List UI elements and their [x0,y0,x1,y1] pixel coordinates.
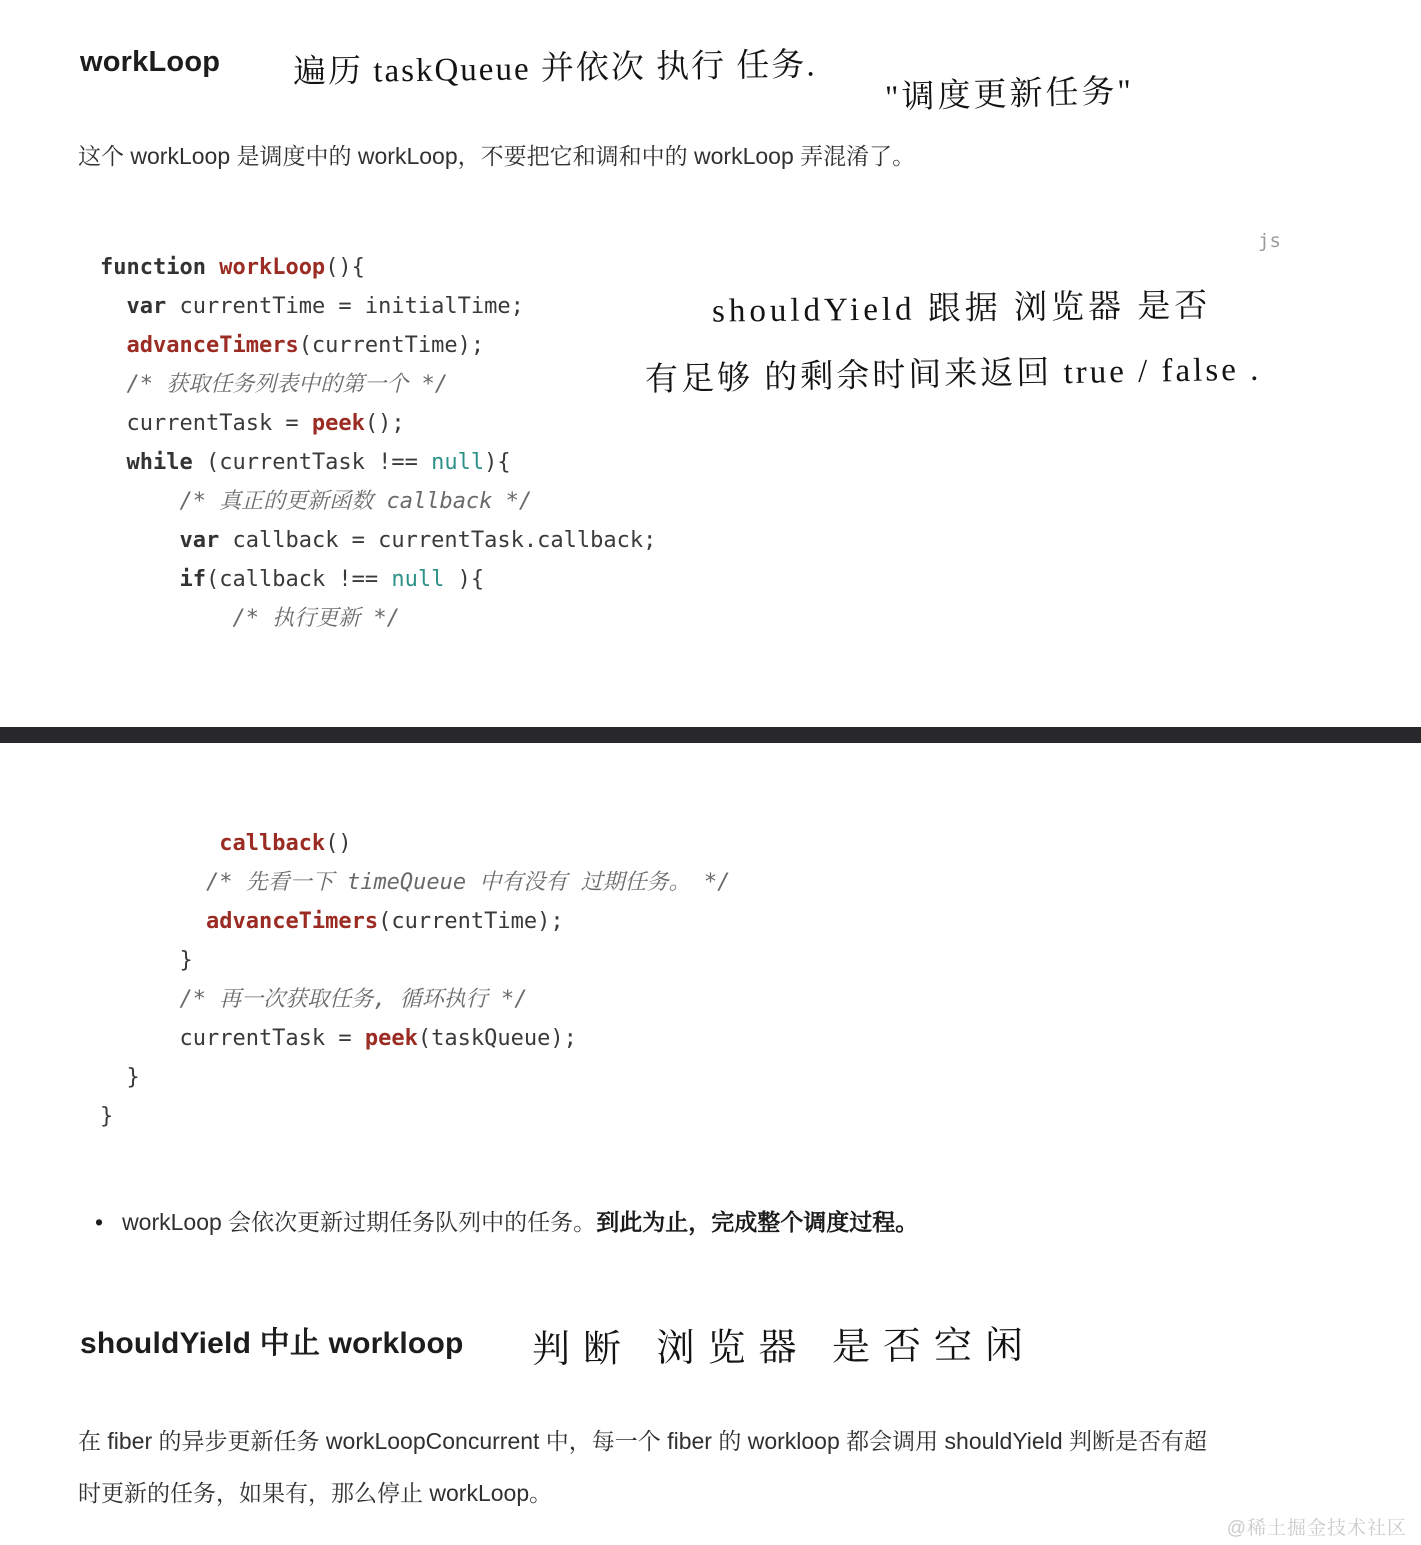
code-line: if(callback !== null ){ [100,560,656,599]
code-line: while (currentTask !== null){ [100,443,656,482]
code-line: /* 执行更新 */ [100,599,656,638]
code-language-label: js [1258,230,1281,252]
code-block-bottom: callback() /* 先看一下 timeQueue 中有没有 过期任务。 … [100,824,730,1136]
handwritten-annotation-shouldyield-line1: shouldYield 跟据 浏览器 是否 [712,279,1212,331]
bullet-text-normal: workLoop 会依次更新过期任务队列中的任务。 [122,1209,596,1235]
bullet-text: workLoop 会依次更新过期任务队列中的任务。到此为止，完成整个调度过程。 [122,1205,918,1239]
code-line: advanceTimers(currentTime); [100,326,656,365]
code-line: var callback = currentTask.callback; [100,521,656,560]
code-line: var currentTime = initialTime; [100,287,656,326]
code-line: /* 真正的更新函数 callback */ [100,482,656,521]
section-heading-shouldyield: shouldYield 中止 workloop [80,1318,464,1362]
shouldyield-paragraph: 在 fiber 的异步更新任务 workLoopConcurrent 中，每一个… [78,1415,1218,1519]
bullet-list-item: • workLoop 会依次更新过期任务队列中的任务。到此为止，完成整个调度过程… [95,1205,1295,1239]
code-line: /* 再一次获取任务, 循环执行 */ [100,980,730,1019]
handwritten-annotation-shouldyield-line2: 有足够 的剩余时间来返回 true / false . [645,343,1262,401]
code-line: advanceTimers(currentTime); [100,902,730,941]
code-block-top: function workLoop(){ var currentTime = i… [100,248,656,638]
code-line: currentTask = peek(taskQueue); [100,1019,730,1058]
watermark: @稀土掘金技术社区 [1227,1513,1407,1540]
code-line: } [100,1097,730,1136]
handwritten-annotation-browser-idle: 判断 浏览器 是否空闲 [532,1314,1036,1373]
bullet-dot: • [95,1205,103,1239]
code-line: /* 获取任务列表中的第一个 */ [100,365,656,404]
code-line: } [100,941,730,980]
code-line: } [100,1058,730,1097]
article-page: workLoop 遍历 taskQueue 并依次 执行 任务. "调度更新任务… [0,0,1421,1545]
page-title: workLoop [80,46,220,79]
code-line: callback() [100,824,730,863]
intro-paragraph: 这个 workLoop 是调度中的 workLoop，不要把它和调和中的 wor… [78,130,1328,182]
code-line: function workLoop(){ [100,248,656,287]
code-line: currentTask = peek(); [100,404,656,443]
handwritten-annotation-schedule-quote: "调度更新任务" [884,65,1134,119]
section-divider [0,727,1421,743]
bullet-text-bold: 到此为止，完成整个调度过程。 [596,1209,918,1235]
code-line: /* 先看一下 timeQueue 中有没有 过期任务。 */ [100,863,730,902]
handwritten-annotation-traverse: 遍历 taskQueue 并依次 执行 任务. [293,38,817,92]
